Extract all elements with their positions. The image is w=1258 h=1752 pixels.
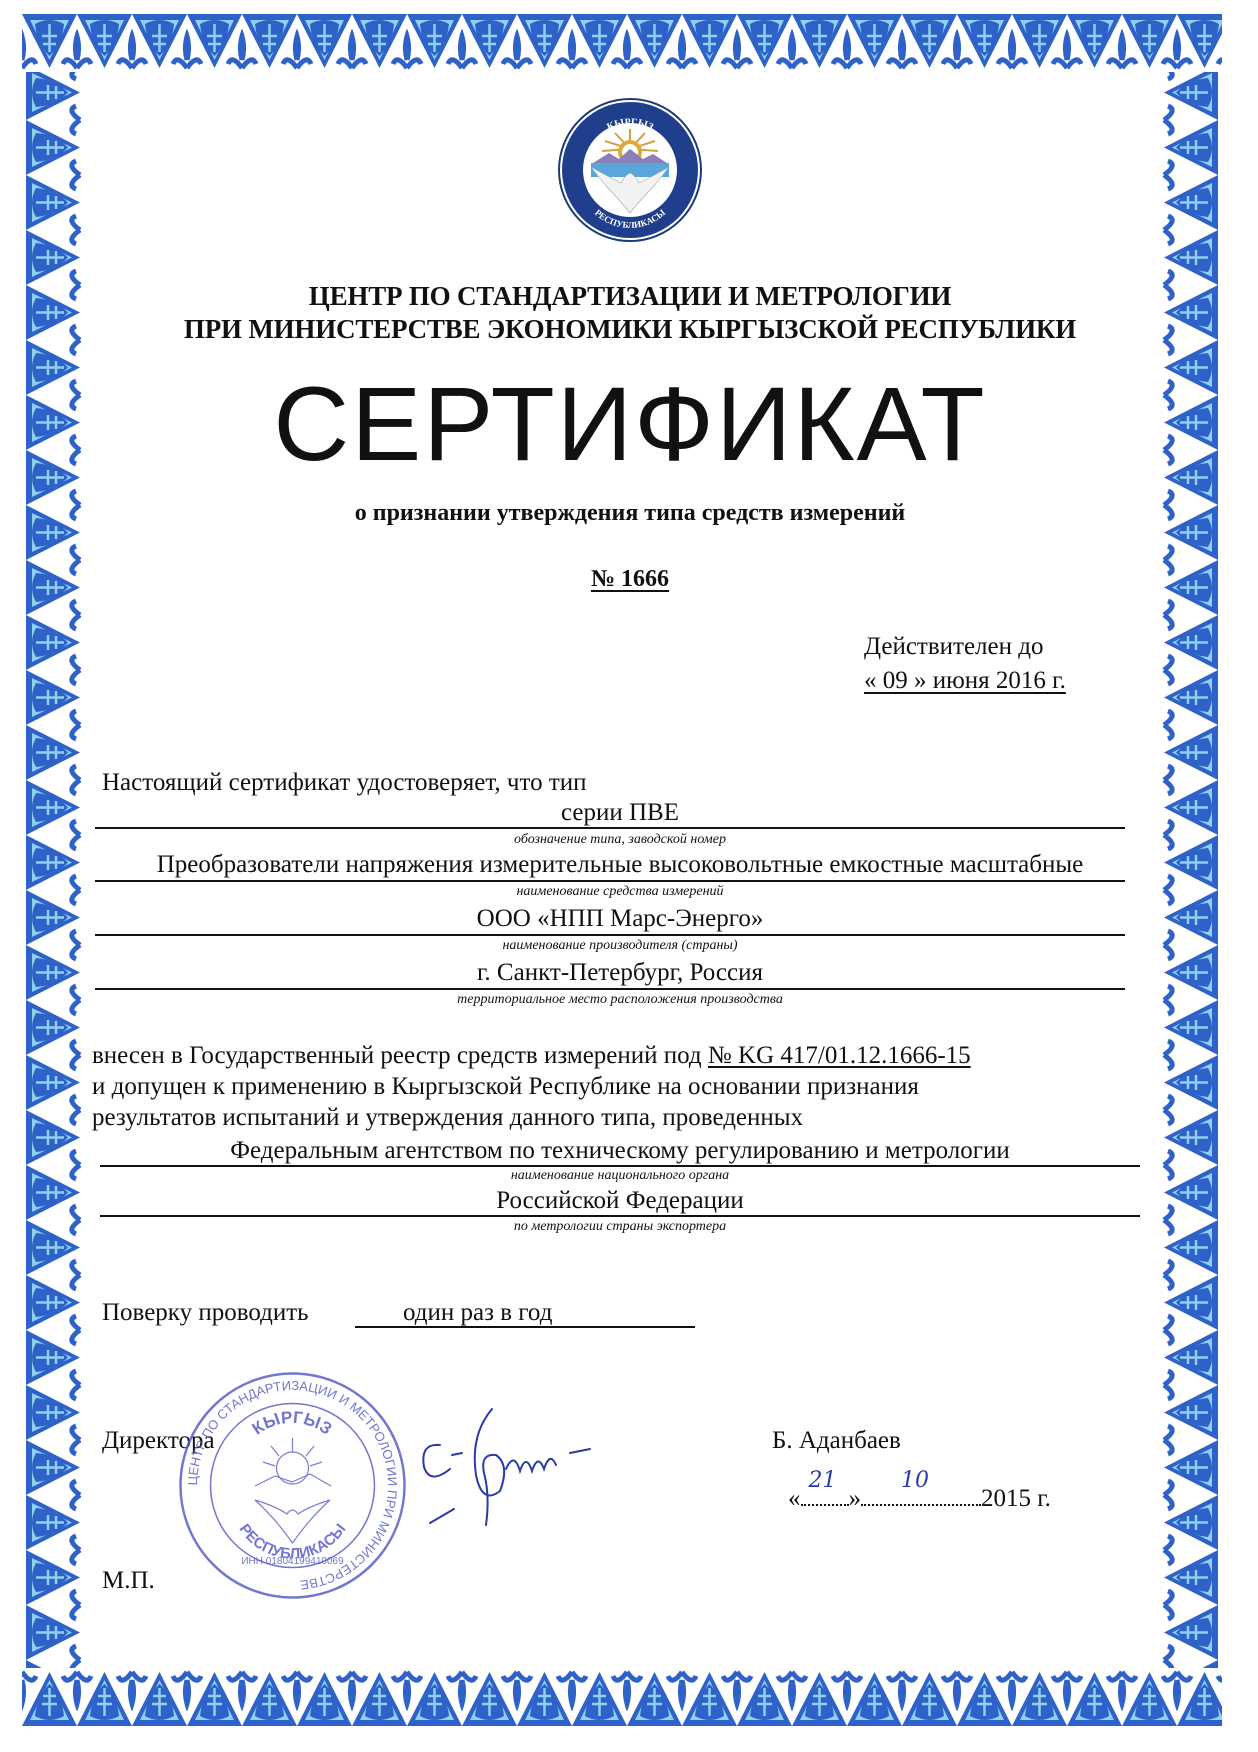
instrument-name-line [95,880,1125,882]
intro-text: Настоящий сертификат удостоверяет, что т… [102,770,587,795]
registry-prefix: внесен в Государственный реестр средств … [92,1042,708,1069]
director-signature [410,1395,650,1545]
official-seal-stamp-icon: ЦЕНТР ПО СТАНДАРТИЗАЦИИ И МЕТРОЛОГИИ ПРИ… [175,1368,410,1603]
director-name: Б. Аданбаев [772,1428,901,1453]
seal-place-label: М.П. [102,1568,155,1593]
production-location-line [95,988,1125,990]
validity-label: Действителен до [864,630,1066,664]
type-designation-value: серии ПВЕ [100,800,1140,825]
organization-name-line-2: ПРИ МИНИСТЕРСТВЕ ЭКОНОМИКИ КЫРГЫЗСКОЙ РЕ… [100,316,1160,343]
certificate-title: СЕРТИФИКАТ [100,372,1160,477]
production-location-caption: территориальное место расположения произ… [100,993,1140,1007]
registry-number: № KG 417/01.12.1666-15 [708,1042,971,1069]
signature-date-close-quote: » [849,1485,862,1512]
validity-date: « 09 » июня 2016 г. [864,664,1066,698]
authority-country-line [100,1215,1140,1217]
results-line: результатов испытаний и утверждения данн… [92,1105,803,1130]
instrument-name-caption: наименование средства измерений [100,885,1140,899]
signature-date: «21»102015 г. [788,1486,1051,1511]
registry-line: внесен в Государственный реестр средств … [92,1043,971,1068]
signature-date-month: 10 [901,1470,929,1492]
organization-name-line-1: ЦЕНТР ПО СТАНДАРТИЗАЦИИ И МЕТРОЛОГИИ [100,283,1160,310]
svg-text:КЫРГЫЗ: КЫРГЫЗ [249,1408,336,1439]
ornamental-border-right [1160,10,1222,1730]
authority-name-caption: наименование национального органа [100,1169,1140,1183]
signature-date-day: 21 [809,1470,837,1492]
verification-value: один раз в год [355,1300,695,1325]
manufacturer-value: ООО «НПП Марс-Энерго» [100,906,1140,931]
authority-name-line [100,1165,1140,1167]
validity-block: Действителен до « 09 » июня 2016 г. [864,630,1066,698]
certificate-number: № 1666 [100,566,1160,593]
verification-label: Поверку проводить [102,1300,309,1325]
svg-text:ИНН 01804199410069: ИНН 01804199410069 [241,1556,344,1567]
type-designation-caption: обозначение типа, заводской номер [100,833,1140,847]
authority-country-caption: по метрологии страны экспортера [100,1220,1140,1234]
authority-name-value: Федеральным агентством по техническому р… [100,1138,1140,1163]
authority-country-value: Российской Федерации [100,1188,1140,1213]
signature-date-year: 2015 г. [981,1485,1051,1512]
ornamental-border-left [22,10,84,1730]
kyrgyz-state-emblem-icon: КЫРГЫЗ РЕСПУБЛИКАСЫ [557,97,703,243]
type-designation-line [95,827,1125,829]
production-location-value: г. Санкт-Петербург, Россия [100,960,1140,985]
manufacturer-caption: наименование производителя (страны) [100,939,1140,953]
instrument-name-value: Преобразователи напряжения измерительные… [100,852,1140,877]
certificate-subtitle: о признании утверждения типа средств изм… [100,500,1160,527]
verification-line [355,1326,695,1328]
certificate-number-text: № 1666 [591,566,669,592]
ornamental-border-top [22,10,1222,72]
ornamental-border-bottom [22,1668,1222,1730]
signature-date-open-quote: « [788,1485,801,1512]
manufacturer-line [95,934,1125,936]
admission-line: и допущен к применению в Кыргызской Респ… [92,1074,919,1099]
